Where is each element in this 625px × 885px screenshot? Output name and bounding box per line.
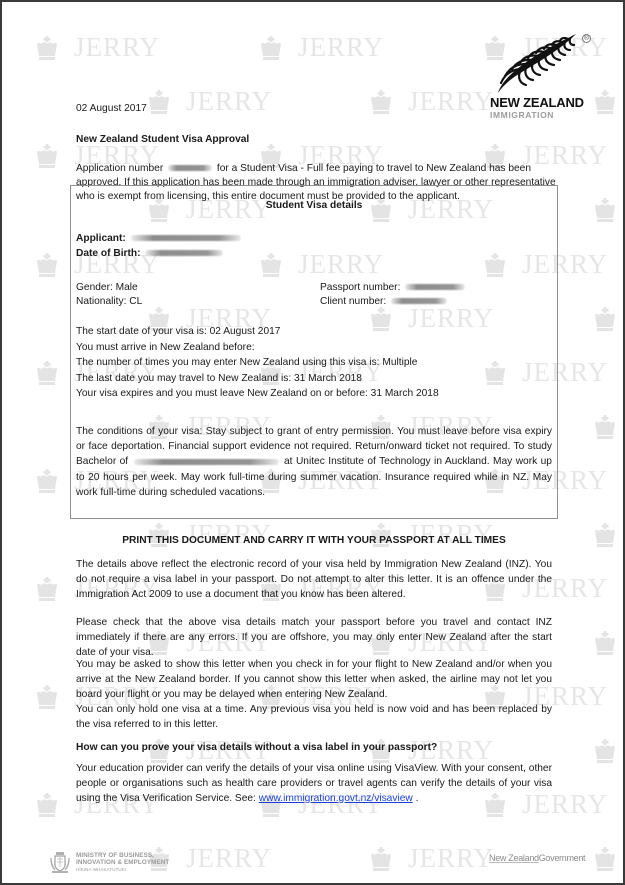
crown-icon [592,306,618,332]
watermark: JERRY [592,843,625,874]
visa-start-date: The start date of your visa is: 02 Augus… [76,324,439,340]
visa-approval-letter: JERRYJERRYJERRYJERRYJERRYJERRYJERRYJERRY… [0,0,625,885]
crown-icon [368,846,394,872]
crown-icon [368,89,394,115]
nz-immigration-logo: ® [490,32,590,120]
visa-expiry: Your visa expires and you must leave New… [76,386,439,402]
watermark-text: JERRY [74,32,160,63]
crown-icon [592,89,618,115]
applicant-row: Applicant: [76,232,243,246]
crown-icon [592,197,618,223]
gender-field: Gender: Male [76,281,138,295]
crown-icon [34,143,60,169]
mbie-line-2: INNOVATION & EMPLOYMENT [76,859,169,866]
crown-icon [34,35,60,61]
watermark: JERRY [34,32,160,63]
passport-label: Passport number: [320,282,400,293]
mbie-line-1: MINISTRY OF BUSINESS, [76,852,169,859]
applicant-label: Applicant: [76,233,126,244]
watermark-text: JERRY [186,86,272,117]
watermark: JERRY [368,86,494,117]
nationality-field: Nationality: CL [76,295,142,309]
last-travel-date: The last date you may travel to New Zeal… [76,371,439,387]
entry-count: The number of times you may enter New Ze… [76,355,439,371]
watermark: JERRY [592,411,625,442]
visaview-link[interactable]: www.immigration.govt.nz/visaview [259,793,413,804]
redacted-passport-number [405,284,465,290]
crown-icon [146,89,172,115]
letter-title: New Zealand Student Visa Approval [76,133,249,147]
watermark-text: JERRY [408,843,494,874]
nz-government-footer: New ZealandGovernment [489,853,585,863]
silver-fern-icon [490,32,590,94]
notice-paragraph-3: You may be asked to show this letter whe… [76,658,552,702]
watermark: JERRY [258,32,384,63]
crown-icon [592,630,618,656]
mbie-line-3: HĪKINA WHAKATUTUKI [76,866,169,873]
crown-icon [592,522,618,548]
intro-prefix: Application number [76,163,163,174]
watermark: JERRY [592,303,625,334]
crown-icon [34,684,60,710]
notice-paragraph-1: The details above reflect the electronic… [76,558,552,602]
logo-title: NEW ZEALAND [490,96,590,110]
nz-government-part2: Government [539,853,586,863]
notice-paragraph-4: You can only hold one visa at a time. An… [76,703,552,733]
letter-date: 02 August 2017 [76,102,147,116]
print-notice-heading: PRINT THIS DOCUMENT AND CARRY IT WITH YO… [70,534,558,548]
passport-row: Passport number: [320,281,467,295]
client-row: Client number: [320,295,449,309]
crown-icon [592,846,618,872]
watermark: JERRY [592,627,625,658]
crown-icon [592,738,618,764]
crown-icon [34,252,60,278]
redacted-client-number [391,298,447,304]
redacted-applicant-name [131,235,241,241]
crown-icon [258,35,284,61]
visa-dates-list: The start date of your visa is: 02 Augus… [76,324,439,402]
crown-icon [34,360,60,386]
nz-government-part1: New Zealand [489,853,539,863]
watermark-text: JERRY [408,86,494,117]
watermark-text: JERRY [186,843,272,874]
crown-icon [34,576,60,602]
notice-paragraph-2: Please check that the above visa details… [76,616,552,660]
watermark-text: JERRY [298,32,384,63]
watermark: JERRY [592,86,625,117]
watermark: JERRY [592,194,625,225]
watermark: JERRY [592,519,625,550]
arrive-before: You must arrive in New Zealand before: [76,340,439,356]
crown-icon [592,414,618,440]
crown-icon [34,792,60,818]
logo-subtitle: IMMIGRATION [490,110,590,120]
nz-coat-of-arms-icon [50,850,70,874]
watermark: JERRY [592,735,625,766]
registered-mark: ® [582,34,591,43]
watermark: JERRY [368,843,494,874]
visa-conditions: The conditions of your visa: Stay subjec… [76,424,552,500]
dob-row: Date of Birth: [76,247,225,261]
redacted-application-number [168,165,212,171]
redacted-date-of-birth [145,250,223,256]
mbie-footer-logo: MINISTRY OF BUSINESS, INNOVATION & EMPLO… [50,850,169,874]
redacted-course-name [134,459,279,465]
visaview-after: . [413,793,419,804]
client-label: Client number: [320,296,386,307]
details-heading: Student Visa details [70,199,558,213]
watermark: JERRY [146,86,272,117]
visaview-paragraph: Your education provider can verify the d… [76,762,552,806]
dob-label: Date of Birth: [76,248,141,259]
proof-subheading: How can you prove your visa details with… [76,741,437,755]
crown-icon [34,468,60,494]
